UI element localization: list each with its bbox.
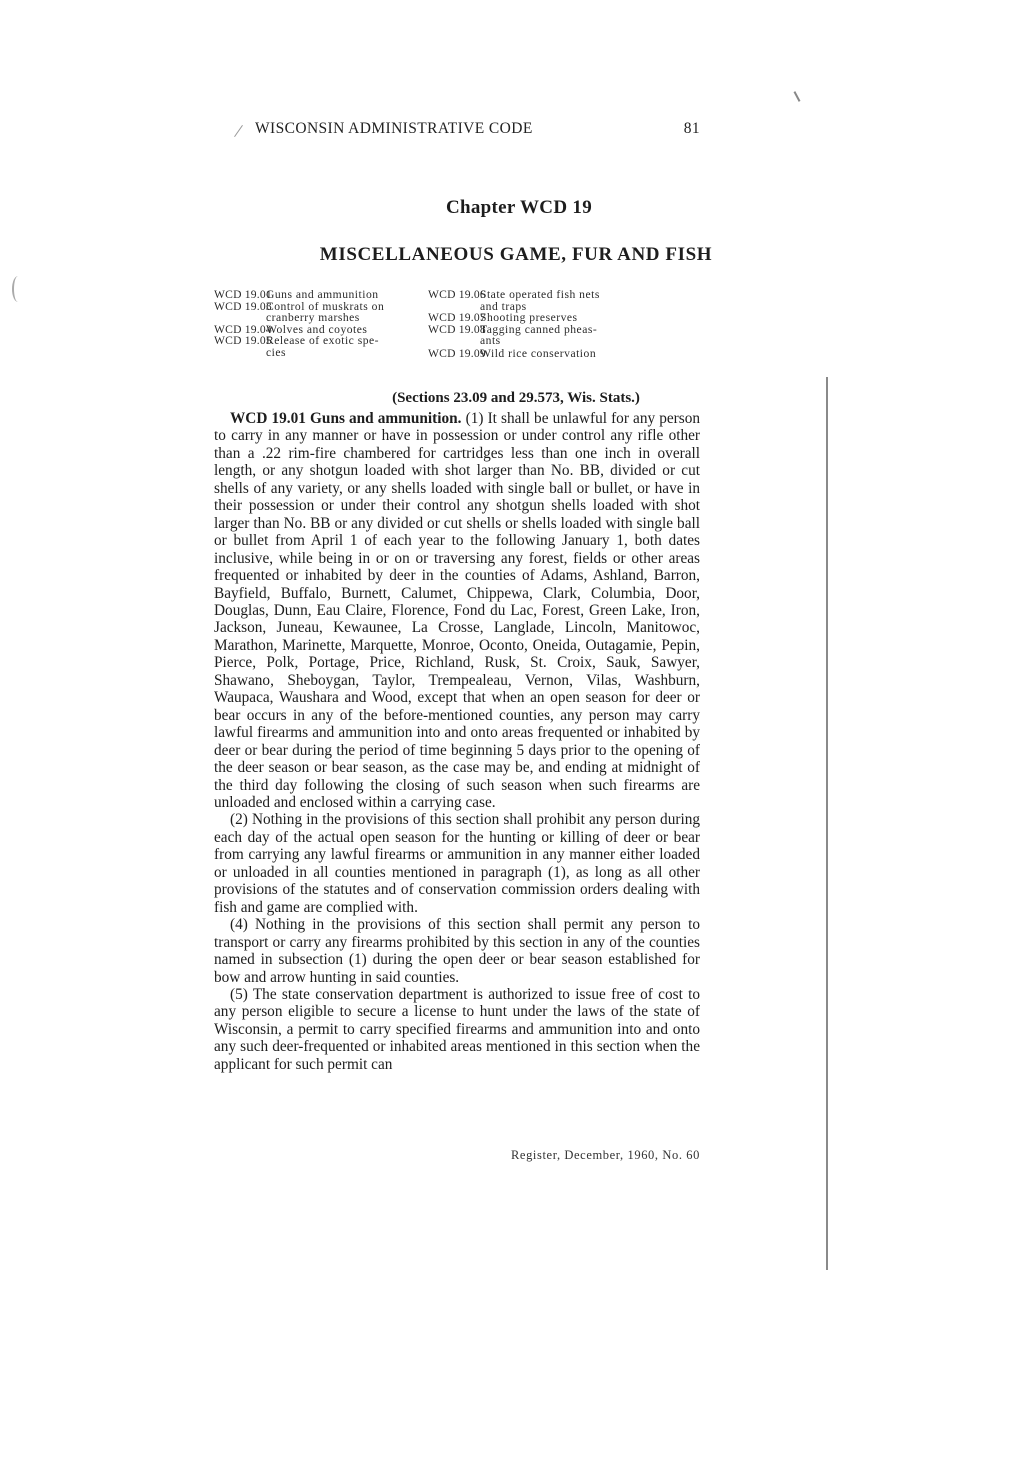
toc-section-number: WCD 19.03	[214, 301, 272, 313]
paragraph-text: (5) The state conservation department is…	[214, 986, 700, 1073]
section-body: WCD 19.01 Guns and ammunition. (1) It sh…	[214, 410, 700, 1073]
paragraph-text: (4) Nothing in the provisions of this se…	[214, 916, 700, 985]
toc-section-number: WCD 19.09	[428, 348, 486, 360]
stray-pen-mark	[234, 125, 243, 137]
margin-vertical-rule	[826, 377, 828, 1270]
section-paragraph: (2) Nothing in the provisions of this se…	[214, 811, 700, 916]
toc-section-title: State operated fish nets	[480, 289, 600, 301]
section-heading: WCD 19.01 Guns and ammunition.	[230, 410, 462, 427]
running-header: WISCONSIN ADMINISTRATIVE CODE 81	[255, 120, 700, 138]
register-footer: Register, December, 1960, No. 60	[470, 1148, 700, 1163]
chapter-subtitle: MISCELLANEOUS GAME, FUR AND FISH	[0, 244, 1020, 266]
paragraph-text: (1) It shall be unlawful for any person …	[214, 410, 700, 811]
section-paragraph: (4) Nothing in the provisions of this se…	[214, 916, 700, 986]
toc-section-title: cies	[266, 347, 286, 359]
toc-section-number: WCD 19.06	[428, 289, 486, 301]
page-number: 81	[684, 120, 700, 138]
toc-section-number: WCD 19.08	[428, 324, 486, 336]
statutory-authority: (Sections 23.09 and 29.573, Wis. Stats.)	[0, 390, 1020, 407]
stray-pen-mark	[794, 91, 801, 102]
chapter-title: Chapter WCD 19	[0, 197, 1020, 219]
toc-section-title: ants	[480, 335, 501, 347]
document-page: WISCONSIN ADMINISTRATIVE CODE 81 Chapter…	[0, 0, 1020, 1476]
toc-section-title: Guns and ammunition	[266, 289, 379, 301]
toc-section-number: WCD 19.05	[214, 335, 272, 347]
toc-section-title: Wild rice conservation	[480, 348, 596, 360]
toc-section-number: WCD 19.01	[214, 289, 272, 301]
paragraph-text: (2) Nothing in the provisions of this se…	[214, 811, 700, 915]
scan-margin-mark	[12, 276, 24, 302]
section-paragraph: (5) The state conservation department is…	[214, 986, 700, 1073]
running-title: WISCONSIN ADMINISTRATIVE CODE	[255, 120, 533, 138]
section-paragraph: WCD 19.01 Guns and ammunition. (1) It sh…	[214, 410, 700, 811]
